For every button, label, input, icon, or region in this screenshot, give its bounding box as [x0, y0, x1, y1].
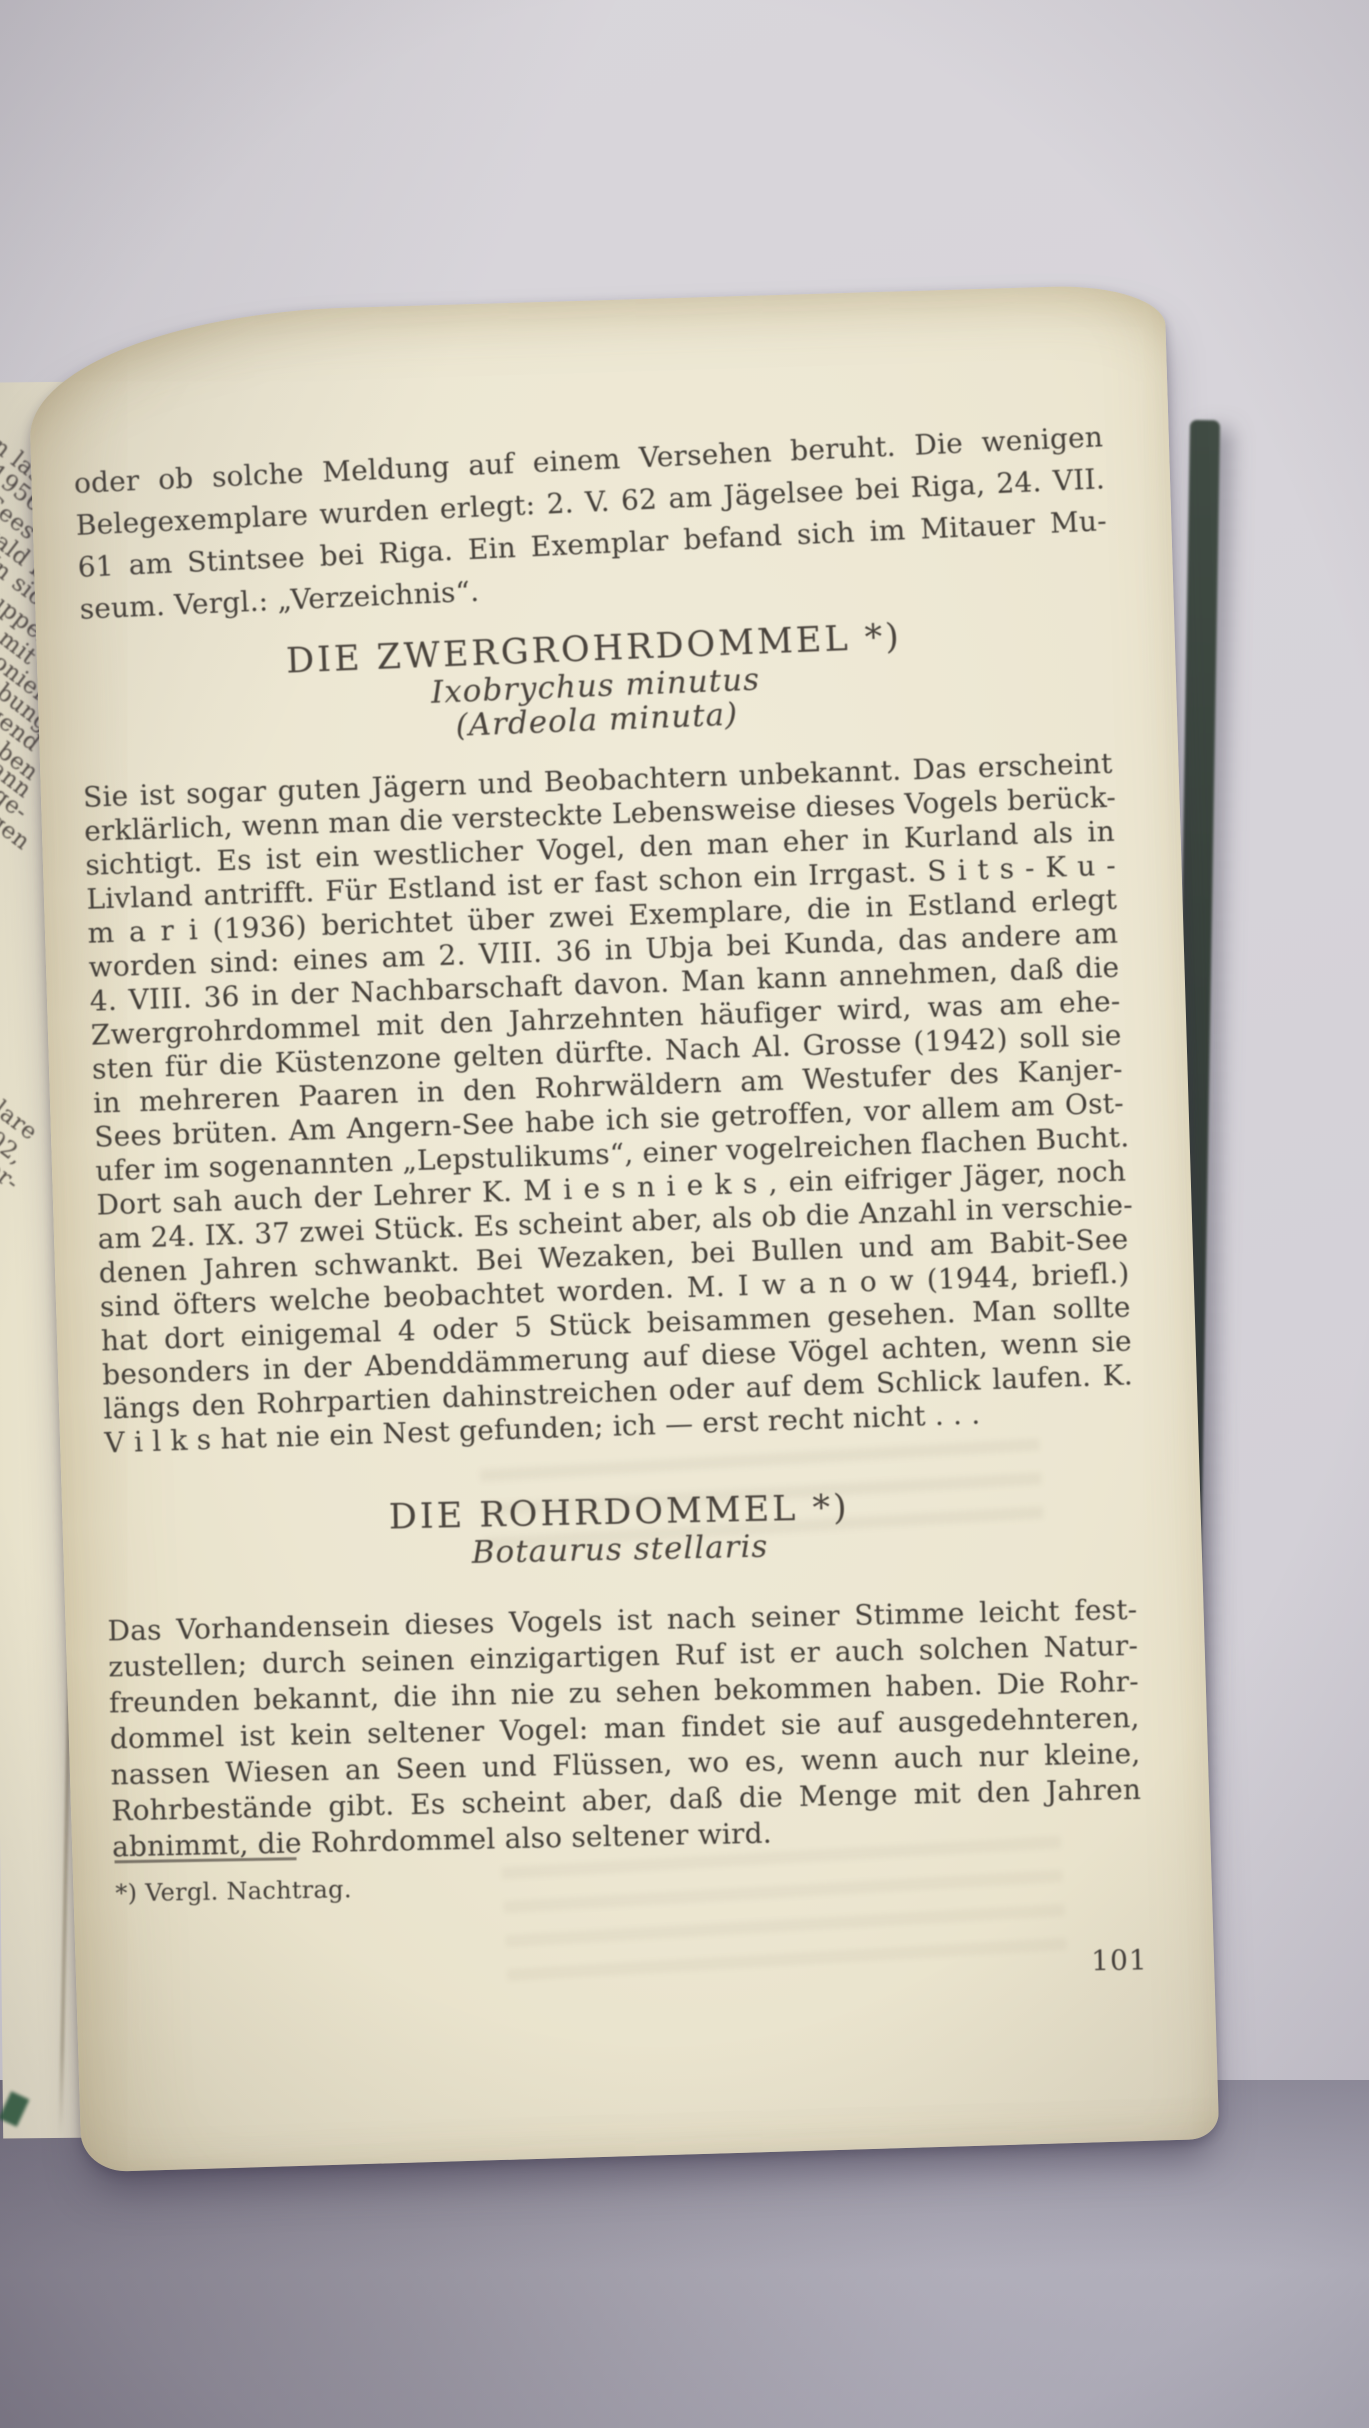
book-page: oder ob solche Meldung auf einem Versehe… — [27, 284, 1220, 2173]
section-heading-rohrdommel: DIE ROHRDOMMEL *) Botaurus stellaris — [104, 1482, 1135, 1578]
paragraph-zwergrohrdommel: Sie ist sogar guten Jägern und Beobachte… — [82, 747, 1134, 1461]
paragraph-continued: oder ob solche Meldung auf einem Versehe… — [73, 416, 1110, 631]
book-photo: n lassen.1956 . . .Sees amvald beIn sich… — [0, 0, 1369, 2428]
paragraph-rohrdommel: Das Vorhandensein dieses Vogels ist nach… — [107, 1592, 1142, 1866]
footnote: *) Vergl. Nachtrag. — [115, 1861, 1145, 1907]
section-heading-zwergrohrdommel: DIE ZWERGROHRDOMMEL *) Ixobrychus minutu… — [79, 609, 1113, 758]
page-text: oder ob solche Meldung auf einem Versehe… — [69, 285, 1154, 2171]
page-number: 101 — [118, 1943, 1154, 1994]
